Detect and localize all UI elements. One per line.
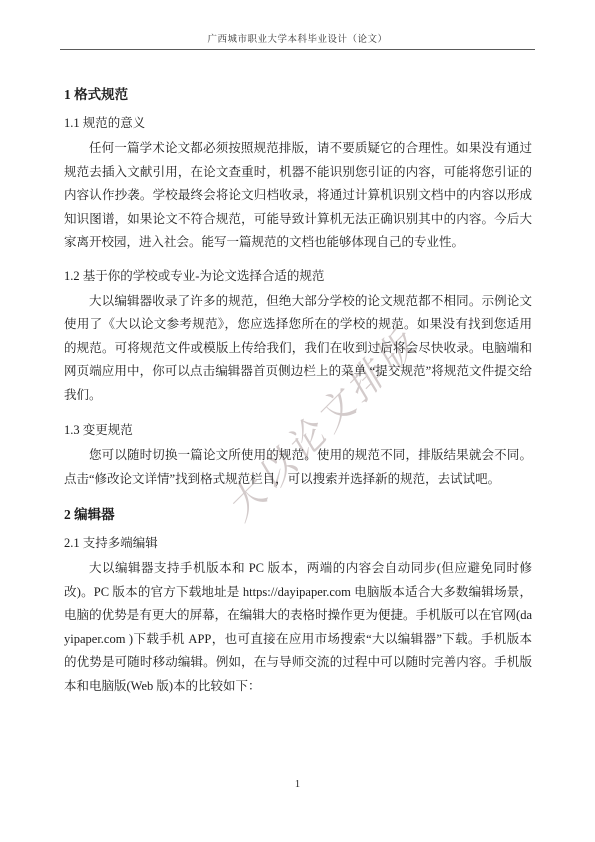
header-title: 广西城市职业大学本科毕业设计（论文）	[207, 31, 387, 45]
page-number: 1	[295, 779, 300, 790]
paragraph-1-3: 您可以随时切换一篇论文所使用的规范。使用的规范不同，排版结果就会不同。点击“修改…	[64, 444, 532, 491]
subsection-heading-1-3: 1.3 变更规范	[64, 422, 532, 438]
subsection-heading-1-1: 1.1 规范的意义	[64, 115, 532, 131]
page-footer: 1	[0, 779, 595, 790]
subsection-heading-1-2: 1.2 基于你的学校或专业-为论文选择合适的规范	[64, 268, 532, 284]
subsection-heading-2-1: 2.1 支持多端编辑	[64, 535, 532, 551]
section-heading-2: 2 编辑器	[64, 506, 532, 523]
paragraph-1-2: 大以编辑器收录了许多的规范，但绝大部分学校的论文规范都不相同。示例论文使用了《大…	[64, 290, 532, 408]
document-page: 广西城市职业大学本科毕业设计（论文） 大以论文排版 1 格式规范 1.1 规范的…	[0, 0, 595, 842]
document-body: 1 格式规范 1.1 规范的意义 任何一篇学术论文都必须按照规范排版，请不要质疑…	[64, 86, 532, 698]
paragraph-1-1: 任何一篇学术论文都必须按照规范排版，请不要质疑它的合理性。如果没有通过规范去插入…	[64, 137, 532, 255]
paragraph-2-1: 大以编辑器支持手机版本和 PC 版本，两端的内容会自动同步(但应避免同时修改)。…	[64, 557, 532, 698]
section-heading-1: 1 格式规范	[64, 86, 532, 103]
page-header: 广西城市职业大学本科毕业设计（论文）	[60, 0, 535, 50]
